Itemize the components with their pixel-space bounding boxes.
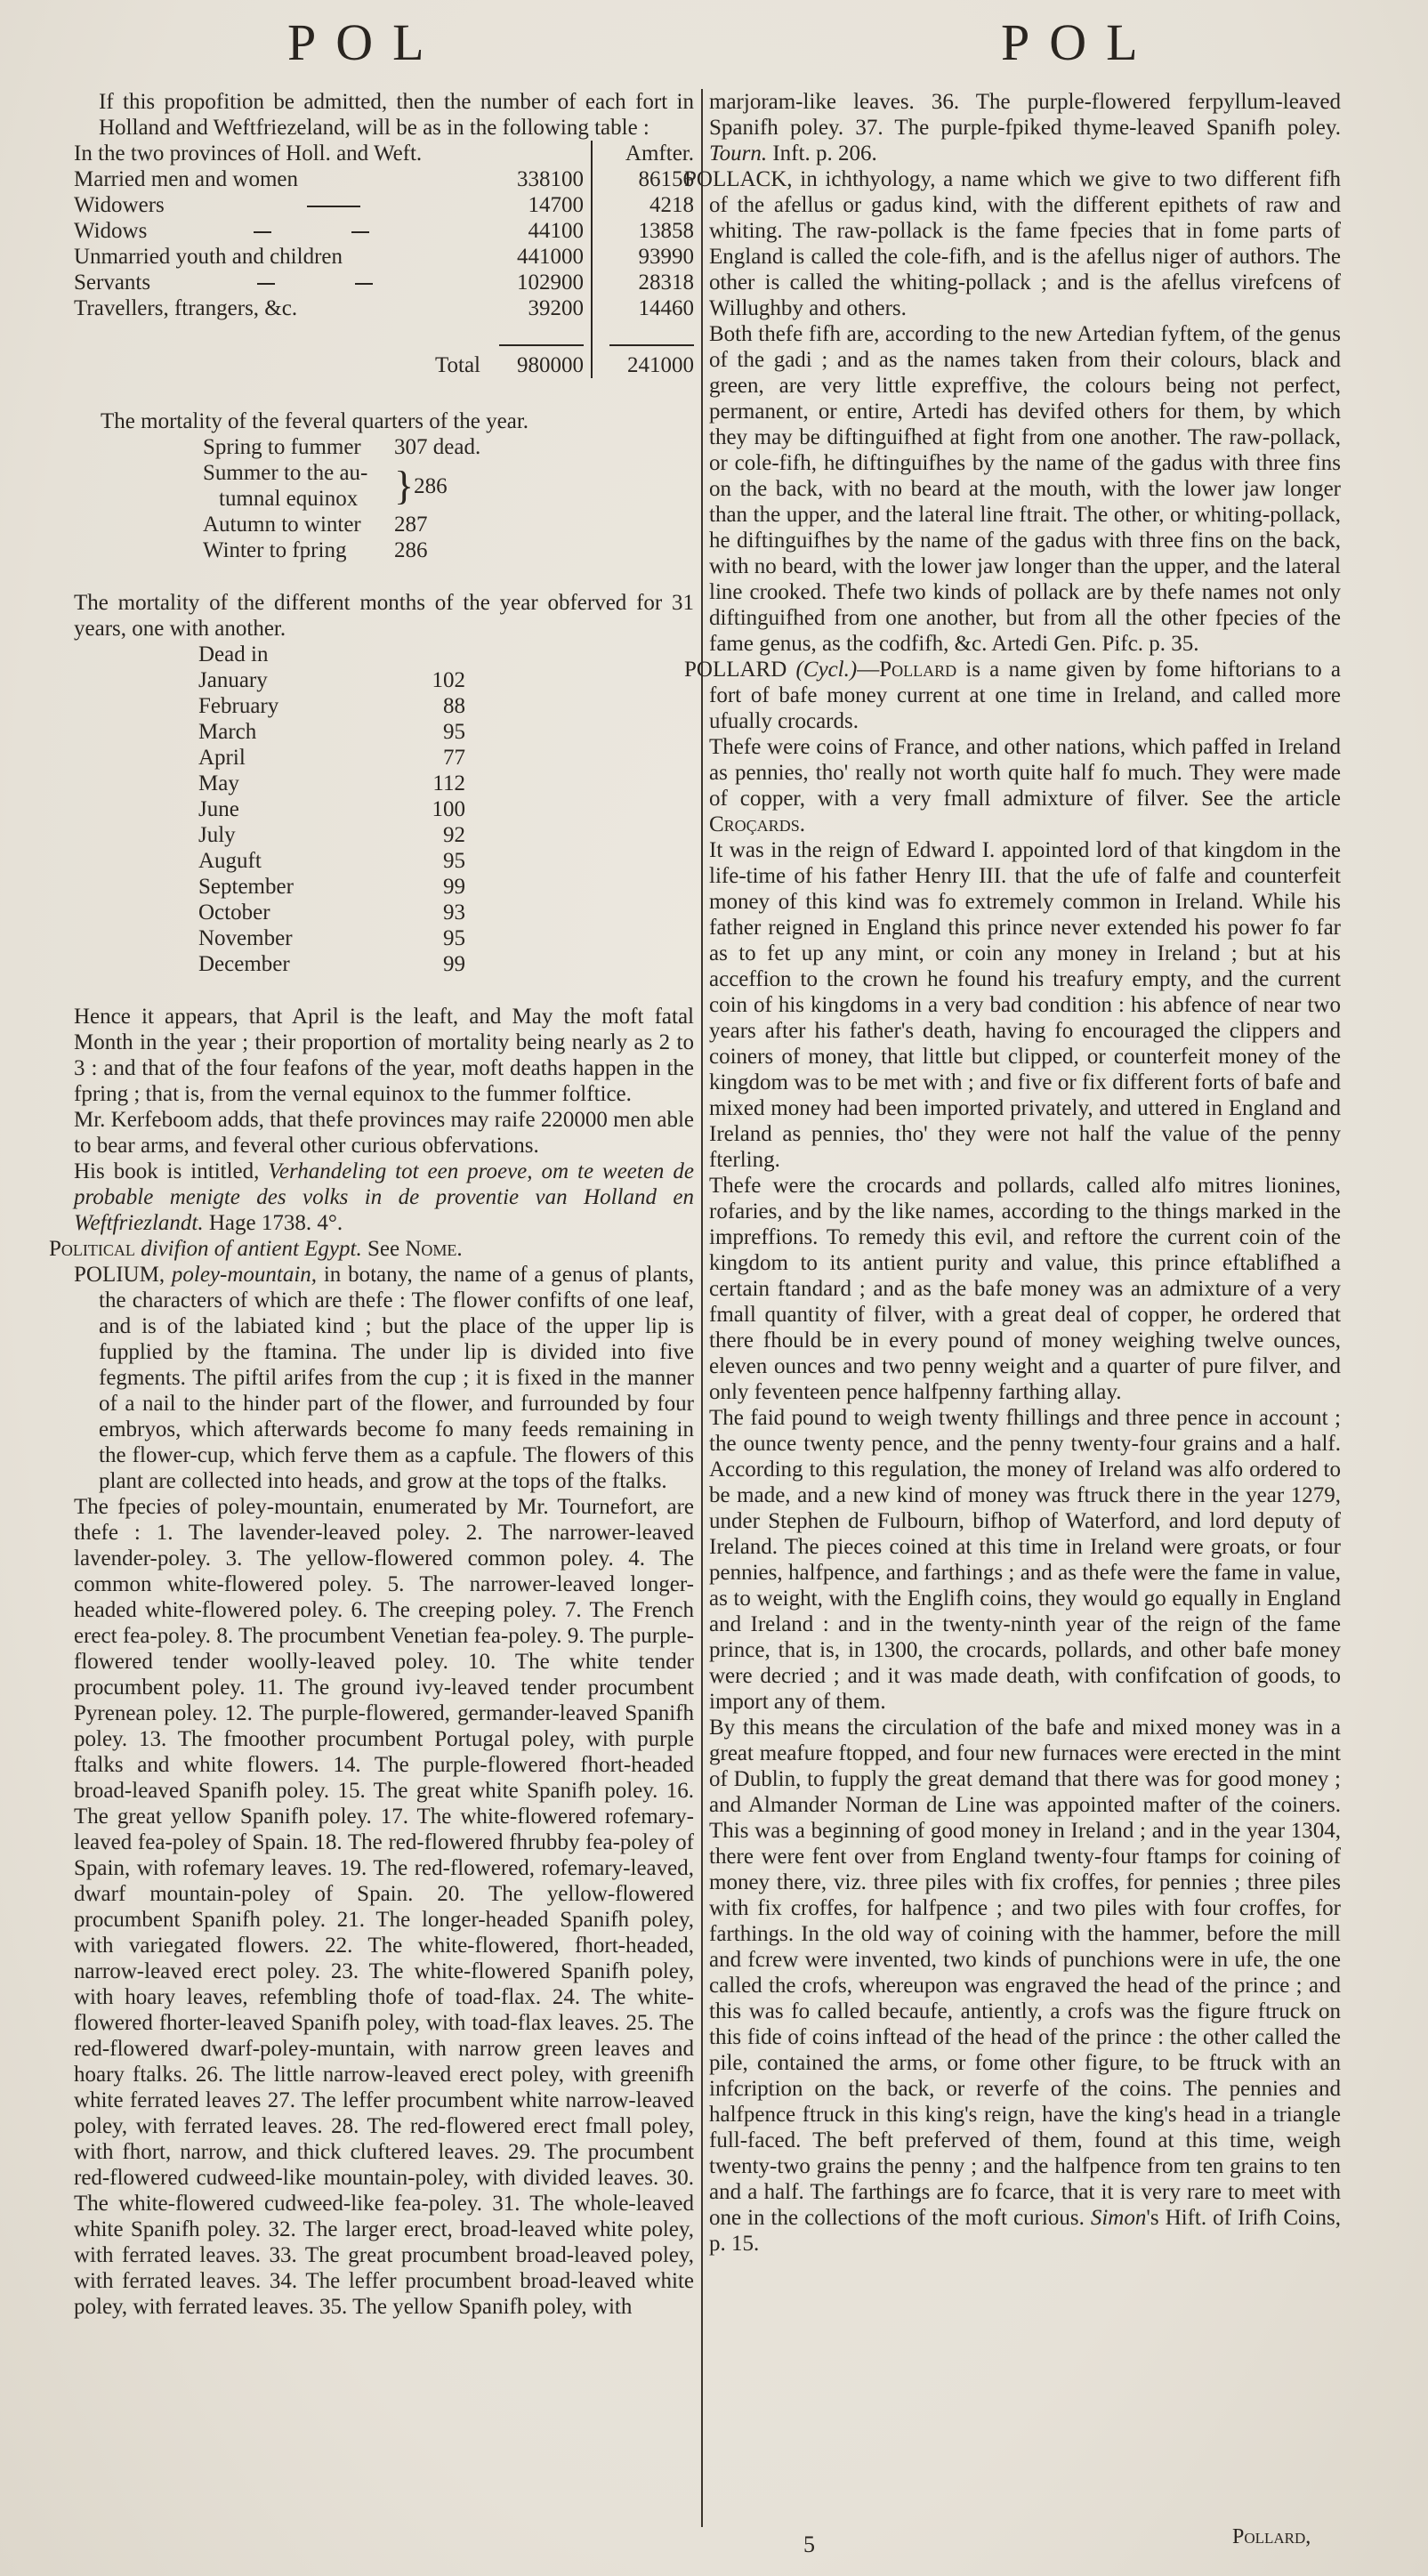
sum-rule (499, 344, 584, 346)
pollack-paragraph-2: Both thefe fifh are, according to the ne… (709, 321, 1341, 657)
entry-headword: POLLARD (684, 658, 787, 682)
quarter-value: 286 (414, 473, 448, 499)
table-cell: 338100 (486, 166, 584, 192)
coins-paragraph: Thefe were coins of France, and other na… (709, 734, 1341, 837)
table-cell: 13858 (596, 218, 694, 244)
table-cell: 39200 (486, 295, 584, 321)
entry-polium: POLIUM, poley-mountain, in botany, the n… (49, 1262, 694, 1494)
brace-icon: } (394, 465, 414, 506)
month-value: 95 (412, 925, 465, 951)
means-paragraph: By this means the circulation of the baf… (709, 1715, 1341, 2257)
table-row-label: Widowers (74, 192, 486, 218)
month-label: March (198, 719, 412, 745)
month-label: November (198, 925, 412, 951)
table-cell: 102900 (486, 270, 584, 295)
crocards-paragraph: Thefe were the crocards and pollards, ca… (709, 1173, 1341, 1405)
right-column: marjoram-like leaves. 36. The purple-flo… (709, 89, 1341, 2257)
running-head-left: POL (287, 12, 444, 72)
book-paragraph: His book is intitled, Verhandeling tot e… (74, 1159, 694, 1236)
quarter-label: Summer to the au-tumnal equinox (203, 460, 394, 512)
intro-paragraph: If this propofition be admitted, then th… (74, 89, 694, 141)
dash-rule (307, 206, 360, 207)
sum-rule (609, 344, 694, 346)
quarter-value: 287 (394, 512, 501, 537)
species-paragraph: The fpecies of poley-mountain, enumerate… (74, 1494, 694, 2320)
table-row-label: Servants (74, 270, 486, 295)
month-label: Auguft (198, 848, 412, 874)
month-label: September (198, 874, 412, 900)
table-cell: 14700 (486, 192, 584, 218)
quarter-value: 286 (394, 537, 501, 563)
month-label: January (198, 667, 412, 693)
table-cell: 93990 (596, 244, 694, 270)
month-label: April (198, 745, 412, 771)
table-row-label: Married men and women (74, 166, 486, 192)
table-header-amster: Amfter. (596, 141, 694, 166)
months-title: The mortality of the different months of… (74, 590, 694, 642)
month-value: 112 (412, 771, 465, 796)
total-label: Total (74, 352, 486, 378)
month-label: February (198, 693, 412, 719)
table-cell: 4218 (596, 192, 694, 218)
population-table: In the two provinces of Holl. and Weft. … (74, 141, 694, 378)
entry-headword: Political (49, 1237, 135, 1261)
kersseboom-paragraph: Mr. Kerfeboom adds, that thefe provinces… (74, 1107, 694, 1159)
month-value: 88 (412, 693, 465, 719)
month-value: 102 (412, 667, 465, 693)
table-cell: 14460 (596, 295, 694, 321)
months-subhead: Dead in (198, 642, 412, 667)
month-value: 100 (412, 796, 465, 822)
table-cell: 44100 (486, 218, 584, 244)
month-label: October (198, 900, 412, 925)
entry-headword: POLLACK, (684, 167, 793, 191)
month-label: June (198, 796, 412, 822)
total-holl-west: 980000 (486, 352, 584, 378)
left-column: If this propofition be admitted, then th… (74, 89, 694, 2320)
quarters-section: The mortality of the feveral quarters of… (74, 408, 694, 563)
month-value: 92 (412, 822, 465, 848)
quarter-value: 307 dead. (394, 434, 501, 460)
table-cell: 28318 (596, 270, 694, 295)
month-label: December (198, 951, 412, 977)
months-section: The mortality of the different months of… (74, 590, 694, 977)
pound-paragraph: The faid pound to weigh twenty fhillings… (709, 1405, 1341, 1715)
cross-reference[interactable]: Croçards. (709, 812, 805, 836)
cross-reference[interactable]: Nome. (405, 1237, 462, 1261)
encyclopedia-page: POL POL If this propofition be admitted,… (0, 0, 1428, 2576)
total-amster: 241000 (596, 352, 694, 378)
table-cell: 441000 (486, 244, 584, 270)
table-row-label: Unmarried youth and children (74, 244, 486, 270)
continued-paragraph: marjoram-like leaves. 36. The purple-flo… (709, 89, 1341, 166)
month-value: 99 (412, 951, 465, 977)
running-head-right: POL (1001, 12, 1158, 72)
quarter-label: Autumn to winter (203, 512, 394, 537)
entry-political: Political divifion of antient Egypt. See… (49, 1236, 694, 1262)
month-value: 93 (412, 900, 465, 925)
hence-paragraph: Hence it appears, that April is the leaf… (74, 1004, 694, 1107)
month-label: July (198, 822, 412, 848)
column-divider (701, 89, 703, 2527)
entry-headword: POLIUM, (74, 1263, 165, 1287)
quarters-title: The mortality of the feveral quarters of… (74, 408, 694, 434)
quarter-label: Spring to fummer (203, 434, 394, 460)
signature-mark: 5 (803, 2532, 815, 2558)
month-label: May (198, 771, 412, 796)
table-row-label: Travellers, ftrangers, &c. (74, 295, 486, 321)
table-header-provinces: In the two provinces of Holl. and Weft. (74, 141, 486, 166)
month-value: 77 (412, 745, 465, 771)
edward-paragraph: It was in the reign of Edward I. appoint… (709, 837, 1341, 1173)
quarter-label: Winter to fpring (203, 537, 394, 563)
entry-pollack: POLLACK, in ichthyology, a name which we… (684, 166, 1341, 321)
table-row-label: Widows (74, 218, 486, 244)
month-value: 99 (412, 874, 465, 900)
month-value: 95 (412, 848, 465, 874)
entry-pollard: POLLARD (Cycl.)—Pollard is a name given … (684, 657, 1341, 734)
catchword: Pollard, (1232, 2525, 1311, 2549)
month-value: 95 (412, 719, 465, 745)
table-cell: 86156 (596, 166, 694, 192)
